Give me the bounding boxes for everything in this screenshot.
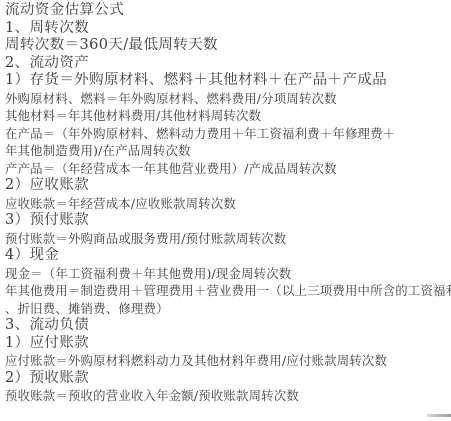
document-line: 产产品＝（年经营成本一年其他营业费用）/产成品周转次数 xyxy=(5,160,451,178)
document-line: 3、流动负债 xyxy=(5,317,451,335)
document-line: 在产品＝（年外购原材料、燃料动力费用＋年工资福利费＋年修理费＋ xyxy=(5,125,451,143)
document-line: 2）应收账款 xyxy=(5,177,451,195)
document-line: 1）存货＝外购原材料、燃料＋其他材料＋在产品＋产成品 xyxy=(5,72,451,90)
document-line: 应收账款＝年经营成本/应收账款周转次数 xyxy=(5,195,451,213)
document-line: 年其他费用＝制造费用＋管理费用＋营业费用一（以上三项费用中所含的工资福利费 xyxy=(5,282,451,300)
document-body: 流动资金估算公式 1、周转次数 周转次数＝360天/最低周转天数 2、流动资产 … xyxy=(5,2,451,405)
document-line: 外购原材料、燃料＝年外购原材料、燃料费用/分项周转次数 xyxy=(5,90,451,108)
document-line: 2）预收账款 xyxy=(5,370,451,388)
document-line: 、折旧费、摊销费、修理费） xyxy=(5,300,451,318)
document-line: 其他材料＝年其他材料费用/其他材料周转次数 xyxy=(5,107,451,125)
document-line: 预收账款＝预收的营业收入年金额/预收账款周转次数 xyxy=(5,387,451,405)
document-line: 1、周转次数 xyxy=(5,20,451,38)
document-line: 现金＝（年工资福利费＋年其他费用)/现金周转次数 xyxy=(5,265,451,283)
corner-scroll-mark xyxy=(427,414,451,417)
document-line: 1）应付账款 xyxy=(5,335,451,353)
document-line: 4）现金 xyxy=(5,247,451,265)
document-line: 3）预付账款 xyxy=(5,212,451,230)
page-title: 流动资金估算公式 xyxy=(5,2,451,20)
document-line: 预付账款＝外购商品或服务费用/预付账款周转次数 xyxy=(5,230,451,248)
document-line: 2、流动资产 xyxy=(5,55,451,73)
document-line: 年其他制造费用)/在产品周转次数 xyxy=(5,142,451,160)
document-line: 周转次数＝360天/最低周转天数 xyxy=(5,37,451,55)
document-line: 应付账款＝外购原材料燃料动力及其他材料年费用/应付账款周转次数 xyxy=(5,352,451,370)
